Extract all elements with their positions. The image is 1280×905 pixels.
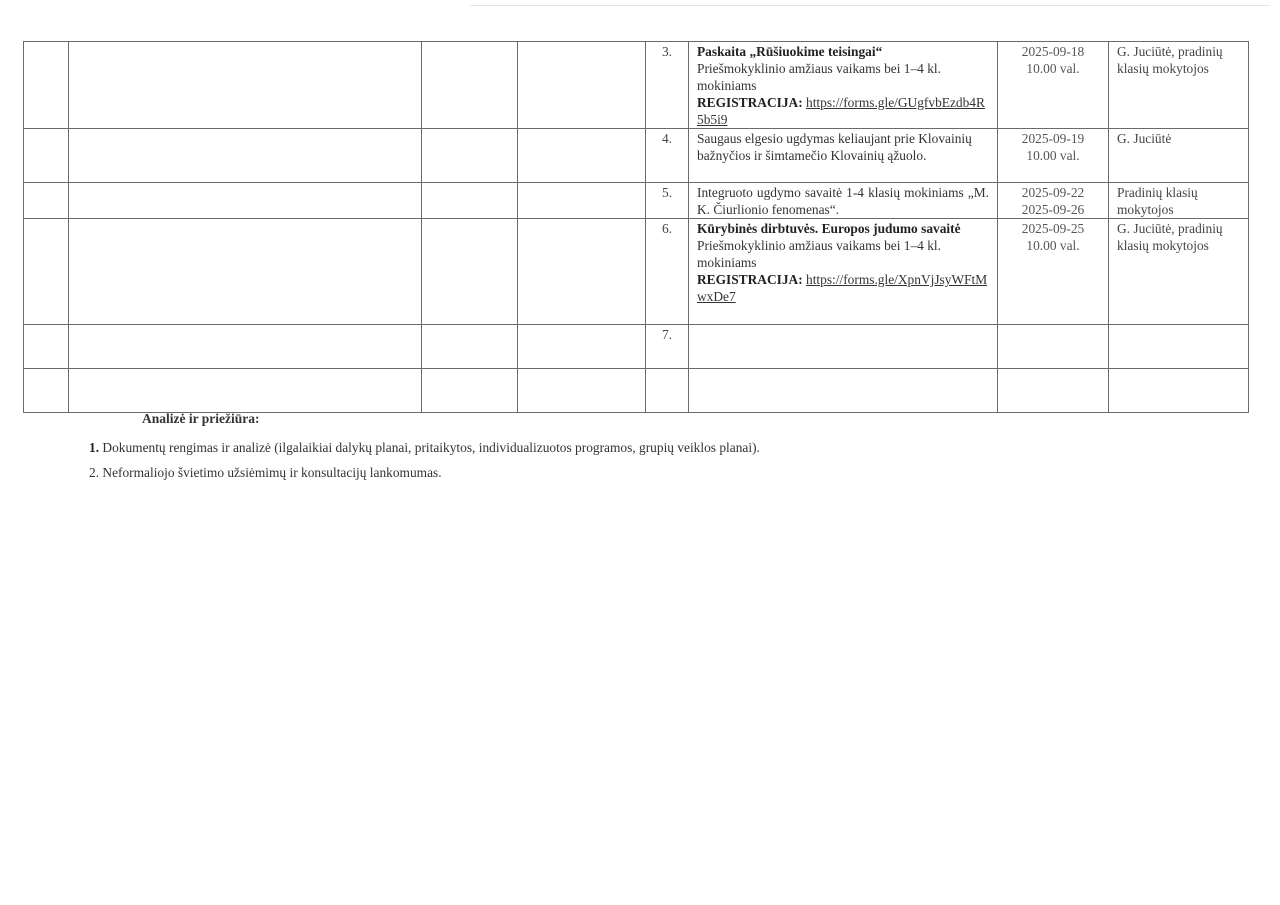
activity-description: Kūrybinės dirbtuvės. Europos judumo sava… xyxy=(689,219,998,325)
empty-cell xyxy=(518,369,646,413)
activity-title: Paskaita „Rūšiuokime teisingai“ xyxy=(697,43,989,60)
empty-cell xyxy=(518,183,646,219)
analysis-item-number: 2. xyxy=(89,465,99,480)
table-row xyxy=(24,369,1249,413)
empty-cell xyxy=(24,42,69,129)
empty-cell xyxy=(518,42,646,129)
time-text: 10.00 val. xyxy=(1006,60,1100,77)
time-text: 10.00 val. xyxy=(1006,237,1100,254)
activity-number: 3. xyxy=(646,42,689,129)
table-row: 6. Kūrybinės dirbtuvės. Europos judumo s… xyxy=(24,219,1249,325)
analysis-section-title: Analizė ir priežiūra: xyxy=(142,411,259,427)
activity-date: 2025-09-19 10.00 val. xyxy=(998,129,1109,183)
activity-date: 2025-09-25 10.00 val. xyxy=(998,219,1109,325)
activity-date xyxy=(998,325,1109,369)
empty-cell xyxy=(518,129,646,183)
scan-artifact-line xyxy=(470,5,1270,6)
empty-cell xyxy=(24,183,69,219)
table-row: 7. xyxy=(24,325,1249,369)
analysis-item: 2. Neformaliojo švietimo užsiėmimų ir ko… xyxy=(89,465,442,481)
activity-audience: Priešmokyklinio amžiaus vaikams bei 1–4 … xyxy=(697,237,989,271)
empty-cell xyxy=(422,183,518,219)
table-row: 5. Integruoto ugdymo savaitė 1-4 klasių … xyxy=(24,183,1249,219)
empty-cell xyxy=(422,42,518,129)
empty-cell xyxy=(69,42,422,129)
activity-responsible xyxy=(1109,369,1249,413)
activity-description xyxy=(689,325,998,369)
analysis-item-number: 1. xyxy=(89,440,99,455)
activity-number: 5. xyxy=(646,183,689,219)
activity-responsible xyxy=(1109,325,1249,369)
date-text: 2025-09-22 xyxy=(1006,184,1100,201)
activity-plan-table: 3. Paskaita „Rūšiuokime teisingai“ Prieš… xyxy=(23,41,1249,413)
empty-cell xyxy=(69,369,422,413)
activity-audience: Priešmokyklinio amžiaus vaikams bei 1–4 … xyxy=(697,60,989,94)
date-text: 2025-09-25 xyxy=(1006,220,1100,237)
empty-cell xyxy=(422,219,518,325)
empty-cell xyxy=(518,325,646,369)
activity-number: 7. xyxy=(646,325,689,369)
empty-cell xyxy=(69,219,422,325)
empty-cell xyxy=(422,369,518,413)
empty-cell xyxy=(422,129,518,183)
activity-responsible: G. Juciūtė, pradinių klasių mokytojos xyxy=(1109,219,1249,325)
activity-date xyxy=(998,369,1109,413)
activity-number: 6. xyxy=(646,219,689,325)
activity-description xyxy=(689,369,998,413)
table-row: 4. Saugaus elgesio ugdymas keliaujant pr… xyxy=(24,129,1249,183)
activity-date: 2025-09-22 2025-09-26 xyxy=(998,183,1109,219)
activity-number xyxy=(646,369,689,413)
registration-label: REGISTRACIJA: xyxy=(697,272,803,287)
activity-responsible: G. Juciūtė xyxy=(1109,129,1249,183)
empty-cell xyxy=(518,219,646,325)
registration-label: REGISTRACIJA: xyxy=(697,95,803,110)
activity-number: 4. xyxy=(646,129,689,183)
empty-cell xyxy=(69,325,422,369)
empty-cell xyxy=(69,129,422,183)
date-text: 2025-09-19 xyxy=(1006,130,1100,147)
activity-description: Integruoto ugdymo savaitė 1-4 klasių mok… xyxy=(689,183,998,219)
activity-responsible: G. Juciūtė, pradinių klasių mokytojos xyxy=(1109,42,1249,129)
activity-date: 2025-09-18 10.00 val. xyxy=(998,42,1109,129)
activity-title: Kūrybinės dirbtuvės. Europos judumo sava… xyxy=(697,220,989,237)
empty-cell xyxy=(24,129,69,183)
date-end-text: 2025-09-26 xyxy=(1006,201,1100,218)
date-text: 2025-09-18 xyxy=(1006,43,1100,60)
empty-cell xyxy=(422,325,518,369)
analysis-item-text: Dokumentų rengimas ir analizė (ilgalaiki… xyxy=(102,440,759,455)
empty-cell xyxy=(24,369,69,413)
table-row: 3. Paskaita „Rūšiuokime teisingai“ Prieš… xyxy=(24,42,1249,129)
empty-cell xyxy=(24,219,69,325)
analysis-item: 1. Dokumentų rengimas ir analizė (ilgala… xyxy=(89,440,760,456)
empty-cell xyxy=(69,183,422,219)
time-text: 10.00 val. xyxy=(1006,147,1100,164)
analysis-item-text: Neformaliojo švietimo užsiėmimų ir konsu… xyxy=(102,465,441,480)
activity-description: Saugaus elgesio ugdymas keliaujant prie … xyxy=(689,129,998,183)
activity-responsible: Pradinių klasių mokytojos xyxy=(1109,183,1249,219)
activity-description: Paskaita „Rūšiuokime teisingai“ Priešmok… xyxy=(689,42,998,129)
empty-cell xyxy=(24,325,69,369)
